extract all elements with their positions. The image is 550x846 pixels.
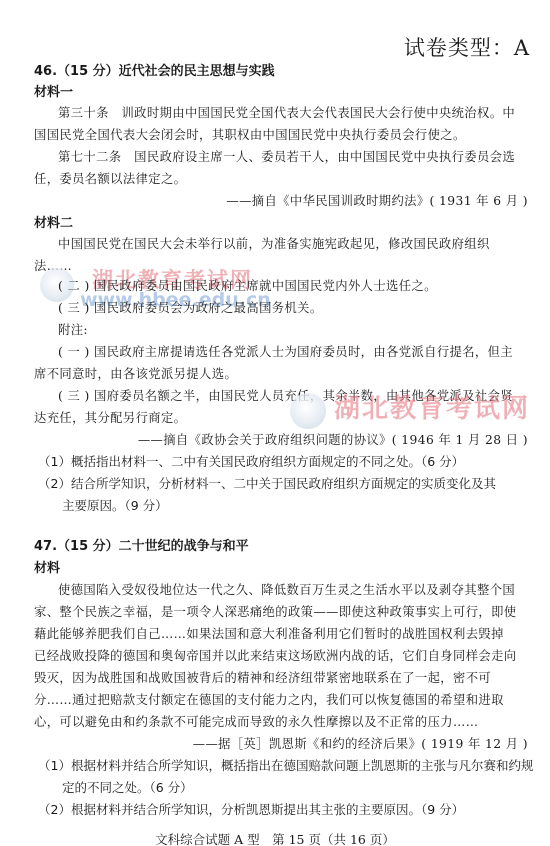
material-2-note-label: 附注: (58, 320, 88, 338)
material-line: 藉此能够养肥我们自己……如果法国和意大利准备利用它们暂时的战胜国权利去毁掉 (34, 624, 504, 642)
material-line: 已经战败投降的德国和奥匈帝国并以此来结束这场欧洲内战的话，它们自身同样会走向 (34, 646, 516, 664)
question-47-title: 47.（15 分）二十世纪的战争与和平 (34, 535, 249, 554)
material-1-source: ——摘自《中华民国训政时期约法》( 1931 年 6 月 ) (226, 191, 528, 209)
material-2-line: 中国国民党在国民大会未举行以前，为准备实施宪政起见，修改国民政府组织 (58, 234, 490, 252)
question-47-1-cont: 定的不同之处。（6 分） (62, 778, 193, 796)
watermark-text: 湖北教育考试网 (334, 388, 530, 425)
material-2-line: ( 一 ) 国民政府主席提请选任各党派人士为国府委员时，由各党派自行提名，但主 (58, 342, 513, 360)
material-source: ——据［英］凯恩斯《和约的经济后果》( 1919 年 12 月 ) (193, 734, 528, 752)
material-1-line: 第三十条 训政时期由中国国民党全国代表大会代表国民大会行使中央统治权。中 (58, 103, 515, 121)
material-2-source: ——摘自《政协会关于政府组织问题的协议》( 1946 年 1 月 28 日 ) (138, 430, 528, 448)
material-1-label: 材料一 (34, 81, 73, 100)
material-2-line: ( 三 ) 国民政府委员会为政府之最高国务机关。 (58, 298, 323, 316)
material-2-line: 达充任，其分配另行商定。 (34, 408, 186, 426)
material-line: 毁灭，因为战胜国和战败国被背后的精神和经济纽带紧密地联系在了一起，密不可 (34, 668, 491, 686)
material-2-label: 材料二 (34, 212, 73, 231)
paper-type-label: 试卷类型：A (404, 32, 530, 62)
question-47-1: （1）根据材料并结合所学知识，概括指出在德国赔款问题上凯恩斯的主张与凡尔赛和约规 (38, 756, 533, 774)
watermark-logo-icon (290, 393, 326, 429)
material-2-line: ( 二 ) 国民政府委员由国民政府主席就中国国民党内外人士选任之。 (58, 276, 437, 294)
question-46-title: 46.（15 分）近代社会的民主思想与实践 (34, 60, 275, 79)
material-line: 使德国陷入受奴役地位达一代之久、降低数百万生灵之生活水平以及剥夺其整个国 (58, 580, 515, 598)
material-1-line: 第七十二条 国民政府设主席一人、委员若干人，由中国国民党中央执行委员会选 (58, 147, 515, 165)
material-line: 分……通过把赔款支付额定在德国的支付能力之内，我们可以恢复德国的希望和进取 (34, 690, 504, 708)
material-line: 家、整个民族之幸福，是一项令人深恶痛绝的政策——即使这种政策事实上可行，即使 (34, 602, 516, 620)
material-2-line: 席不同意时，由各该党派另提人选。 (34, 364, 237, 382)
question-46-2-cont: 主要原因。（9 分） (62, 496, 168, 514)
page-footer: 文科综合试题 A 型 第 15 页（共 16 页） (0, 830, 550, 846)
question-46-1: （1）概括指出材料一、二中有关国民政府组织方面规定的不同之处。（6 分） (38, 452, 464, 470)
material-label: 材料 (34, 557, 60, 576)
material-1-line: 任，委员名额以法律定之。 (34, 169, 186, 187)
question-47-2: （2）根据材料并结合所学知识，分析凯恩斯提出其主张的主要原因。（9 分） (38, 800, 464, 818)
material-1-line: 国国民党全国代表大会闭会时，其职权由中国国民党中央执行委员会行使之。 (34, 125, 466, 143)
material-line: 心，可以避免由和约条款不可能完成而导致的永久性摩擦以及不正常的压力…… (34, 712, 478, 730)
question-46-2: （2）结合所学知识，分析材料一、二中关于国民政府组织方面规定的实质变化及其 (38, 474, 496, 492)
